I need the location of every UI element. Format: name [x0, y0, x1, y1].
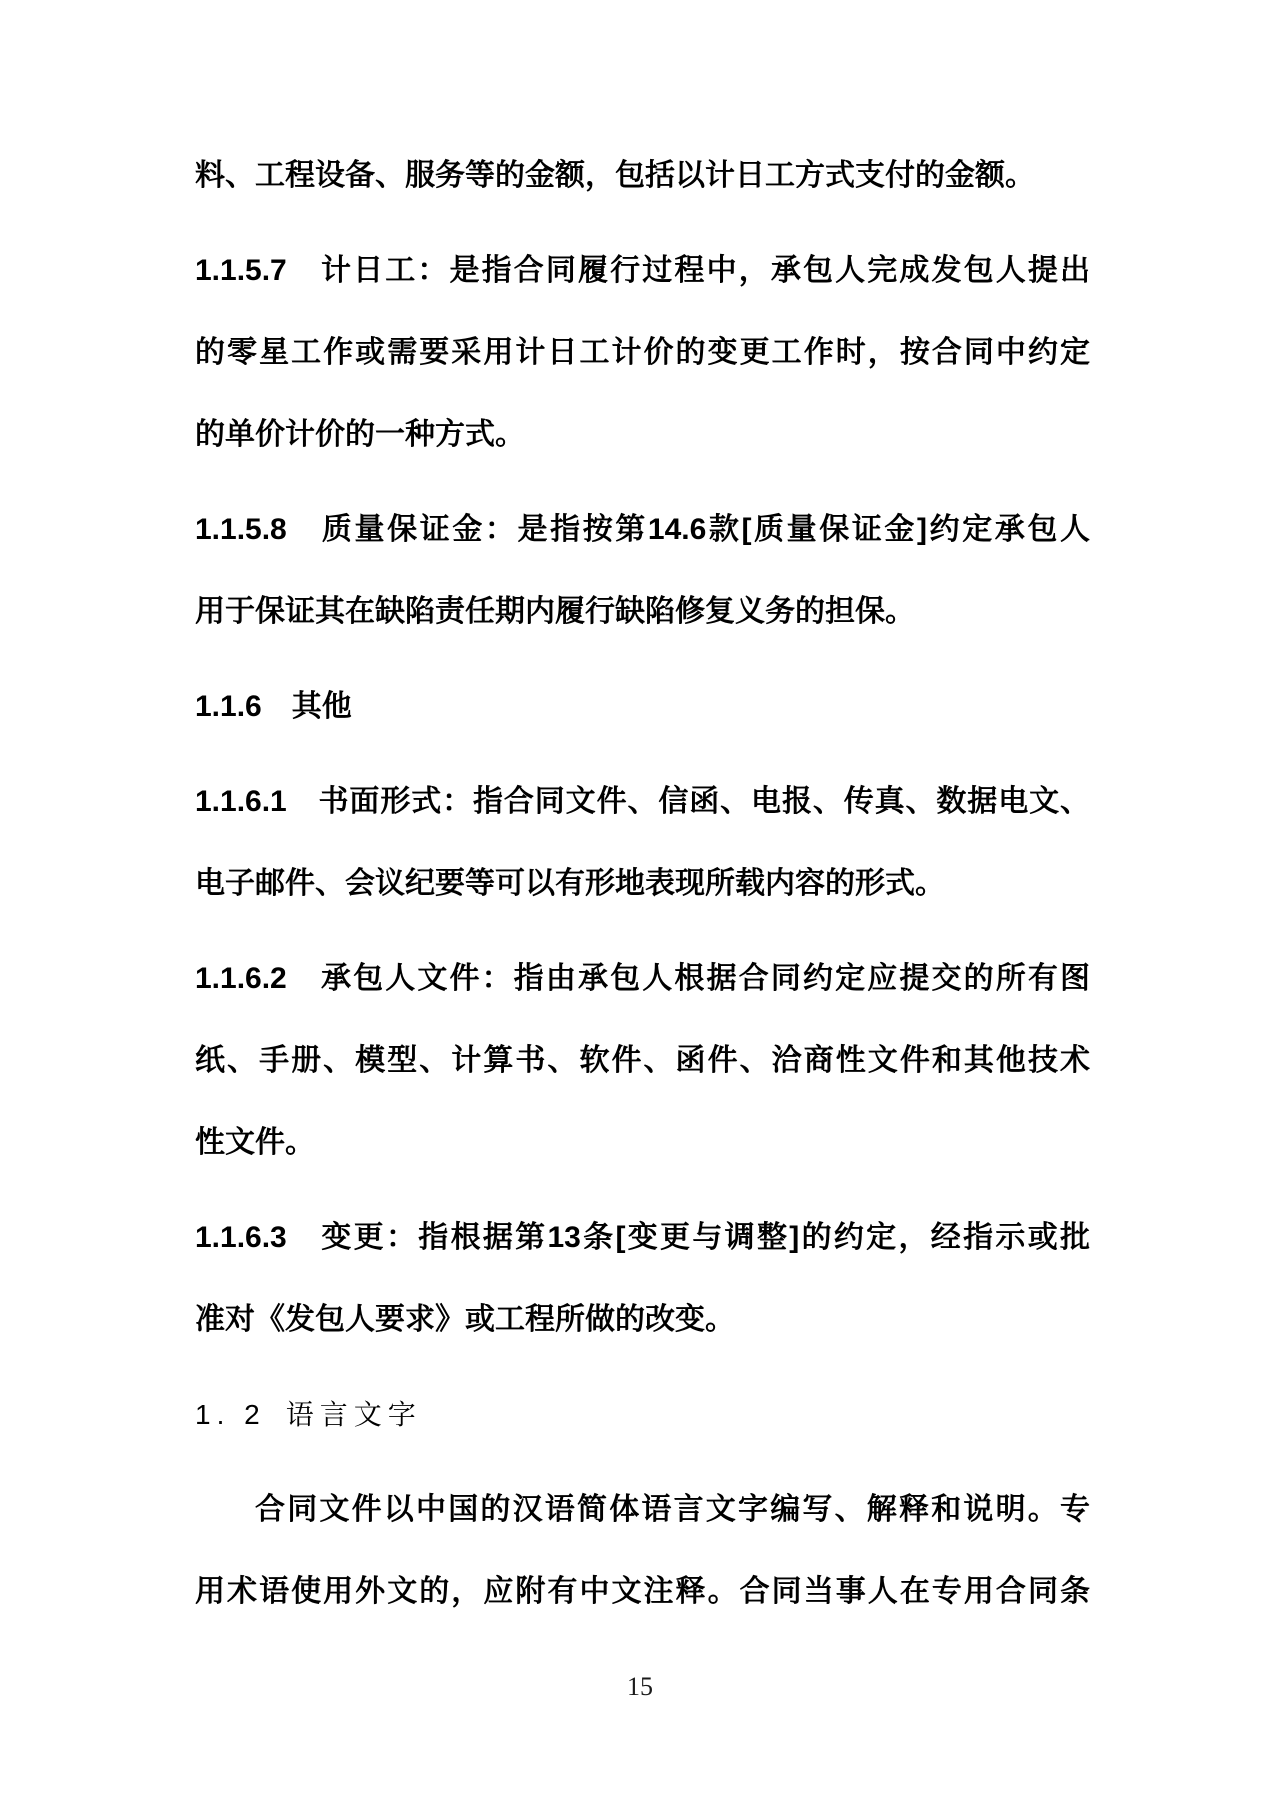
text-line: 纸、手册、模型、计算书、软件、函件、洽商性文件和其他技术 [195, 1020, 1090, 1102]
page: { "page": { "number": "15" }, "document"… [0, 0, 1280, 1810]
text-line: 电子邮件、会议纪要等可以有形地表现所载内容的形式。 [195, 843, 1090, 925]
document-page: 料、工程设备、服务等的金额，包括以计日工方式支付的金额。1.1.5.7 计日工：… [0, 0, 1280, 1810]
text-line: 性文件。 [195, 1102, 1090, 1184]
paragraph: 1.1.5.8 质量保证金：是指按第14.6款[质量保证金]约定承包人用于保证其… [195, 489, 1090, 653]
text-line: 1. 2 语言文字 [195, 1374, 1090, 1456]
document-body: 料、工程设备、服务等的金额，包括以计日工方式支付的金额。1.1.5.7 计日工：… [195, 135, 1090, 1646]
text-line: 合同文件以中国的汉语简体语言文字编写、解释和说明。专 [195, 1469, 1090, 1551]
text-line: 1.1.5.7 计日工：是指合同履行过程中，承包人完成发包人提出 [195, 230, 1090, 312]
text-line: 1.1.6.1 书面形式：指合同文件、信函、电报、传真、数据电文、 [195, 761, 1090, 843]
paragraph: 1.1.6 其他 [195, 666, 1090, 748]
text-line: 的单价计价的一种方式。 [195, 394, 1090, 476]
text-line: 用于保证其在缺陷责任期内履行缺陷修复义务的担保。 [195, 571, 1090, 653]
paragraph: 料、工程设备、服务等的金额，包括以计日工方式支付的金额。 [195, 135, 1090, 217]
text-line: 料、工程设备、服务等的金额，包括以计日工方式支付的金额。 [195, 135, 1090, 217]
page-number: 15 [0, 1672, 1280, 1702]
paragraph: 1.1.6.3 变更：指根据第13条[变更与调整]的约定，经指示或批准对《发包人… [195, 1197, 1090, 1361]
text-line: 1.1.6.3 变更：指根据第13条[变更与调整]的约定，经指示或批 [195, 1197, 1090, 1279]
text-line: 准对《发包人要求》或工程所做的改变。 [195, 1279, 1090, 1361]
paragraph: 合同文件以中国的汉语简体语言文字编写、解释和说明。专用术语使用外文的，应附有中文… [195, 1469, 1090, 1633]
paragraph: 1.1.6.1 书面形式：指合同文件、信函、电报、传真、数据电文、电子邮件、会议… [195, 761, 1090, 925]
text-line: 1.1.6.2 承包人文件：指由承包人根据合同约定应提交的所有图 [195, 938, 1090, 1020]
text-line: 1.1.5.8 质量保证金：是指按第14.6款[质量保证金]约定承包人 [195, 489, 1090, 571]
text-line: 用术语使用外文的，应附有中文注释。合同当事人在专用合同条 [195, 1551, 1090, 1633]
text-line: 1.1.6 其他 [195, 666, 1090, 748]
section-heading: 1. 2 语言文字 [195, 1374, 1090, 1456]
text-line: 的零星工作或需要采用计日工计价的变更工作时，按合同中约定 [195, 312, 1090, 394]
paragraph: 1.1.5.7 计日工：是指合同履行过程中，承包人完成发包人提出的零星工作或需要… [195, 230, 1090, 476]
paragraph: 1.1.6.2 承包人文件：指由承包人根据合同约定应提交的所有图纸、手册、模型、… [195, 938, 1090, 1184]
